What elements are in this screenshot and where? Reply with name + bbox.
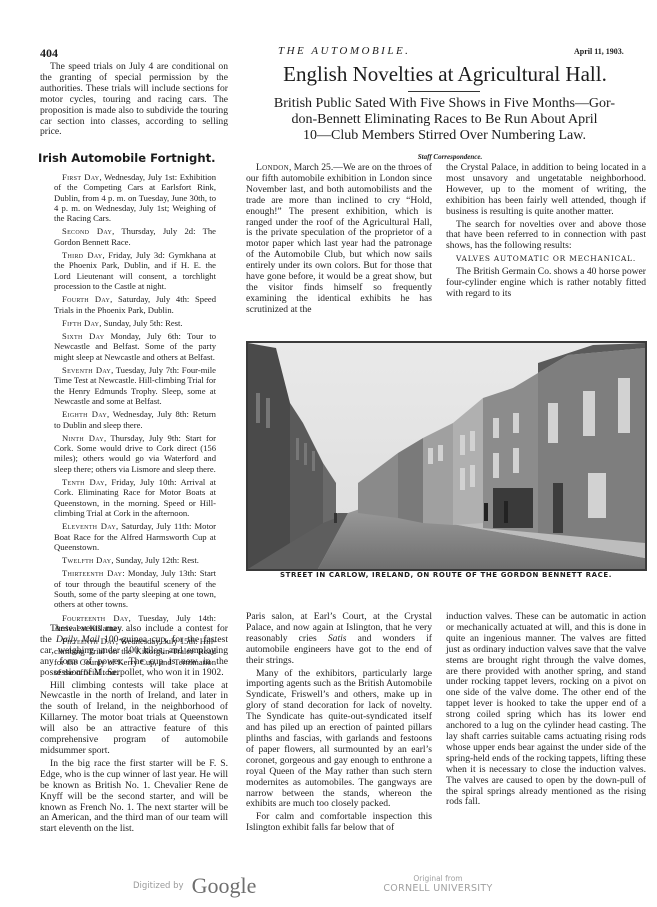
carlow-street-image [248,343,645,569]
original-from-cornell: Original from CORNELL UNIVERSITY [378,874,498,894]
schedule-day: Tenth Day [62,477,105,487]
article-col1-upper: London, March 25.—We are on the throes o… [246,163,432,316]
schedule-day: Ninth Day [62,433,104,443]
schedule-text: , Sunday, July 12th: Rest. [111,555,199,565]
schedule-day: First Day [62,172,99,182]
headline-rule [408,91,480,92]
schedule-day: Seventh Day [62,365,111,375]
photo-caption: STREET IN CARLOW, IRELAND, ON ROUTE OF T… [246,571,646,579]
google-logo: Google [192,873,257,898]
germain-paragraph: The British Germain Co. shows a 40 horse… [446,267,646,300]
schedule-entry: Tenth Day, Friday, July 10th: Arrival at… [54,477,216,518]
article-col2-lower: induction valves. These can be automatic… [446,612,646,808]
contest-paragraph: These events may also include a contest … [40,624,228,679]
dateline: London [256,162,289,173]
schedule-day: Eleventh Day [62,521,116,531]
schedule-day: Fourth Day [62,294,110,304]
section-title-irish-fortnight: Irish Automobile Fortnight. [38,151,230,165]
article-col1-lower: Paris salon, at Earl’s Court, at the Cry… [246,612,432,834]
schedule-entry: First Day, Wednesday, July 1st: Exhibiti… [54,172,216,223]
page-number: 404 [40,46,58,61]
schedule-day: Fourteenth Day [62,613,129,623]
left-intro: The speed trials on July 4 are condition… [40,62,228,138]
satis-paragraph: Paris salon, at Earl’s Court, at the Cry… [246,612,432,667]
schedule-day: Twelfth Day [62,555,111,565]
schedule-day: Eighth Day [62,409,107,419]
schedule-entry: Thirteenth Day: Monday, July 13th: Start… [54,568,216,609]
continued-paragraph: the Crystal Palace, in addition to being… [446,163,646,218]
schedule-entry: Ninth Day, Thursday, July 9th: Start for… [54,433,216,474]
lead-paragraph: London, March 25.—We are on the throes o… [246,163,432,316]
induction-valves-paragraph: induction valves. These can be automatic… [446,612,646,808]
schedule-day: Second Day [62,226,112,236]
exhibitors-paragraph: Many of the exhibitors, particularly lar… [246,669,432,811]
article-headline: English Novelties at Agricultural Hall. [245,62,645,87]
schedule-entry: Twelfth Day, Sunday, July 12th: Rest. [54,555,216,565]
schedule-entry: Second Day, Thursday, July 2d: The Gordo… [54,226,216,247]
street-photo [246,341,647,571]
digitized-by-google: Digitized by Google [133,873,256,899]
intro-paragraph: The speed trials on July 4 are condition… [40,62,228,138]
schedule-text: , Sunday, July 5th: Rest. [99,318,182,328]
schedule-entry: Eighth Day, Wednesday, July 8th: Return … [54,409,216,430]
schedule-day: Sixth Day [62,331,104,341]
running-title: THE AUTOMOBILE. [278,45,410,57]
schedule-entry: Third Day, Friday, July 3d: Gymkhana at … [54,250,216,291]
schedule-entry: Eleventh Day, Saturday, July 11th: Motor… [54,521,216,552]
fortnight-schedule: First Day, Wednesday, July 1st: Exhibiti… [54,172,216,680]
schedule-entry: Seventh Day, Tuesday, July 7th: Four-mil… [54,365,216,406]
schedule-entry: Fifth Day, Sunday, July 5th: Rest. [54,318,216,328]
left-lower-text: These events may also include a contest … [40,624,228,835]
hill-climb-paragraph: Hill climbing contests will take place a… [40,681,228,757]
schedule-day: Third Day [62,250,103,260]
issue-date: April 11, 1903. [574,47,624,56]
schedule-day: Thirteenth Day [62,568,122,578]
schedule-day: Fifth Day [62,318,99,328]
byline: Staff Correspondence. [370,153,530,161]
schedule-entry: Fourth Day, Saturday, July 4th: Speed Tr… [54,294,216,315]
inspection-paragraph: For calm and comfortable inspection this… [246,812,432,834]
article-deck: British Public Sated With Five Shows in … [242,96,647,144]
subhead-valves: VALVES AUTOMATIC OR MECHANICAL. [446,254,646,265]
search-paragraph: The search for novelties over and above … [446,220,646,253]
schedule-entry: Sixth Day Monday, July 6th: Tour to Newc… [54,331,216,362]
article-col2-upper: the Crystal Palace, in addition to being… [446,163,646,300]
big-race-paragraph: In the big race the first starter will b… [40,759,228,835]
